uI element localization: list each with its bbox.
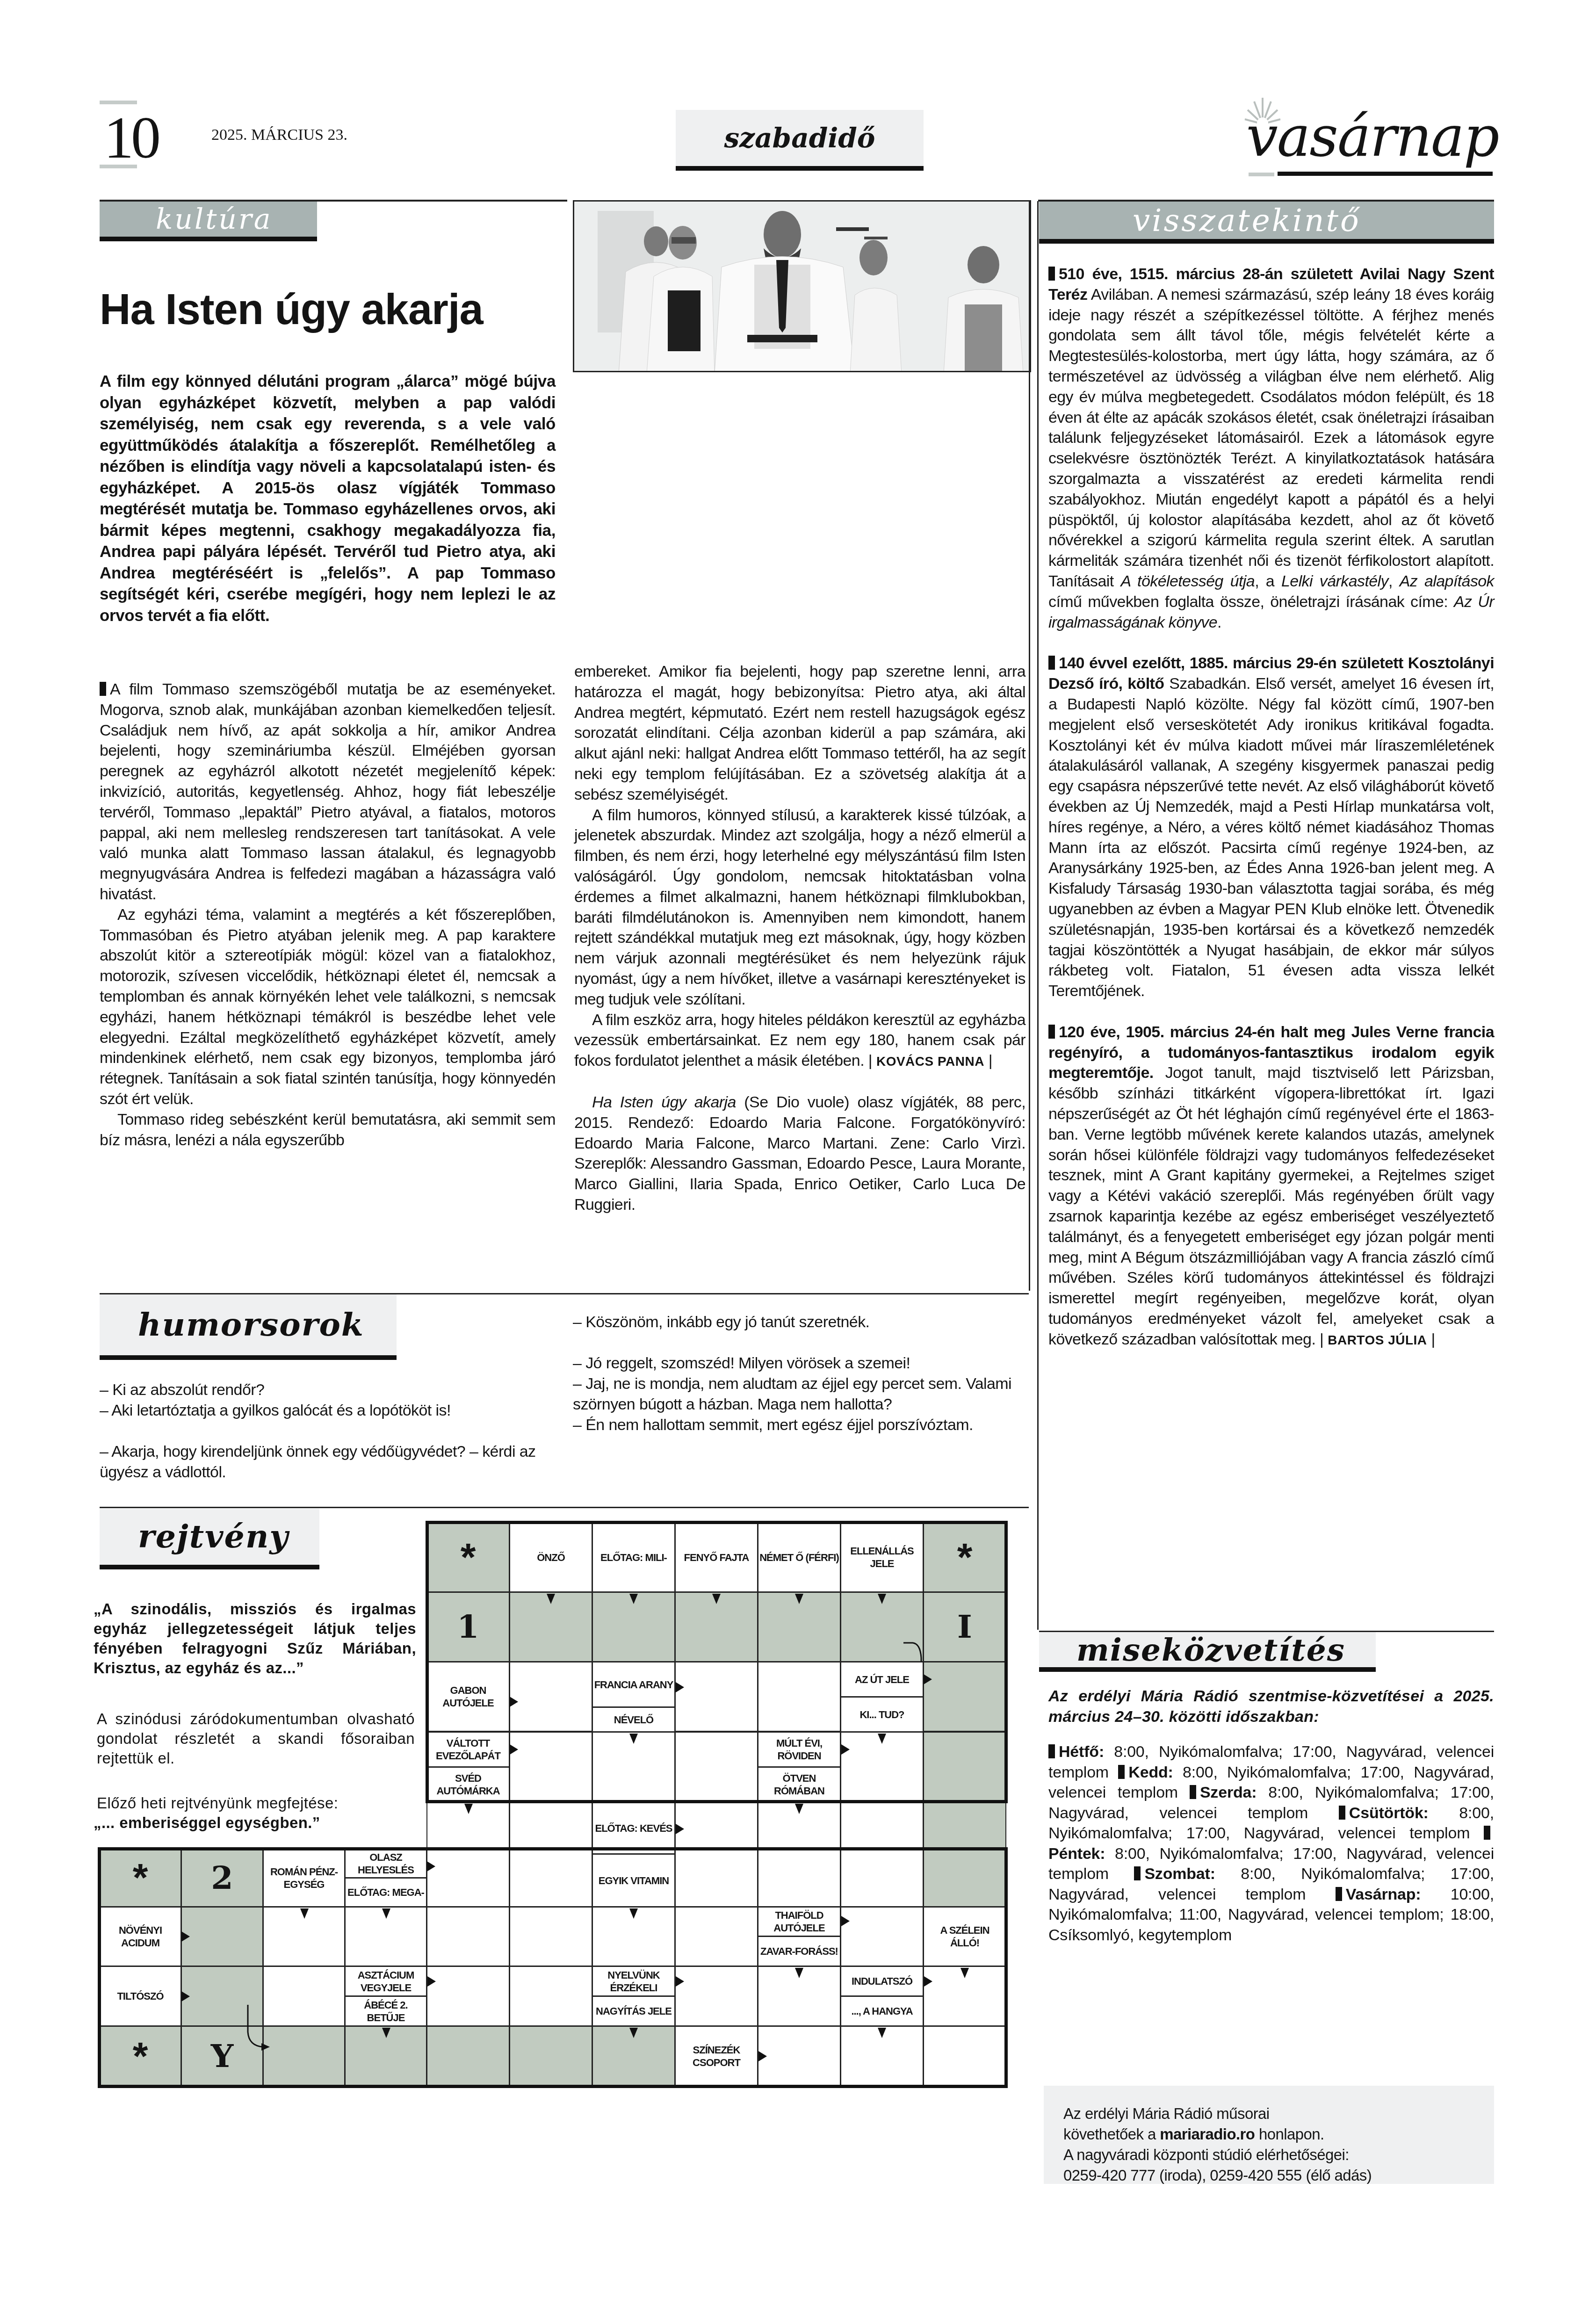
bullet-square-icon xyxy=(1048,1025,1055,1039)
phone-numbers: 0259-420 777 (iroda), 0259-420 555 (élő … xyxy=(1063,2165,1494,2186)
mass-schedule: Hétfő: 8:00, Nyikómalomfalva; 17:00, Nag… xyxy=(1048,1742,1494,1945)
bullet-square-icon xyxy=(1339,1806,1345,1820)
crossword-cell[interactable] xyxy=(509,1732,592,1802)
page-number-rule-top xyxy=(100,101,137,104)
section-head-visszatekinto: visszatekintő xyxy=(1039,202,1494,244)
crossword-cell[interactable] xyxy=(923,1802,1006,1907)
arrow-down-icon xyxy=(629,1594,638,1604)
section-label: visszatekintő xyxy=(1133,202,1361,239)
arrow-down-icon xyxy=(629,1908,638,1919)
previous-solution: „... emberiséggel egységben.” xyxy=(94,1813,412,1833)
crossword-cell[interactable] xyxy=(840,1907,924,1966)
section-tab-szabadido[interactable]: szabadidő xyxy=(676,110,924,171)
film-still-photo xyxy=(573,200,1031,372)
arrow-down-icon xyxy=(547,1594,555,1604)
article-lead: A film egy könnyed délutáni program „ála… xyxy=(100,371,556,626)
crossword-cell[interactable] xyxy=(426,1802,510,1907)
bullet-square-icon xyxy=(1048,656,1055,670)
article-body-col1: A film Tommaso szemszögéből mutatja be a… xyxy=(100,679,556,1150)
crossword-clue: NAGYÍTÁS JELE xyxy=(592,1996,675,2026)
article-title: Ha Isten úgy akarja xyxy=(100,285,483,334)
crossword-cell[interactable] xyxy=(509,1966,592,2026)
issue-date: 2025. MÁRCIUS 23. xyxy=(211,126,347,144)
anniversary-verne: 120 éve, 1905. március 24-én halt meg Ju… xyxy=(1048,1022,1494,1351)
crossword-clue: GABON AUTÓJELE xyxy=(426,1662,510,1732)
logo-text: vasárnap xyxy=(1246,109,1498,165)
mass-schedule-intro: Az erdélyi Mária Rádió szentmise-közvetí… xyxy=(1048,1686,1494,1727)
arrow-right-icon xyxy=(676,1824,684,1834)
bullet-square-icon xyxy=(1118,1765,1125,1779)
arrow-right-icon xyxy=(841,1744,850,1755)
crossword-cell[interactable] xyxy=(675,1732,758,1802)
arrow-right-icon xyxy=(924,1976,932,1987)
crossword-clue: ELŐTAG: MILI- xyxy=(592,1522,675,1592)
page-number: 10 xyxy=(104,108,158,167)
arrow-down-icon xyxy=(382,2028,390,2038)
crossword-cell[interactable] xyxy=(181,1907,263,1966)
crossword-cell[interactable]: * xyxy=(99,1849,181,1907)
crossword-cell[interactable] xyxy=(758,1662,841,1732)
arrow-right-icon xyxy=(181,1991,190,2002)
riddle-instructions: A szinódusi záródokumentumban olvasható … xyxy=(97,1709,415,1768)
paragraph: A film humoros, könnyed stílusú, a karak… xyxy=(574,805,1025,1010)
work-title: Az alapítások xyxy=(1400,572,1494,590)
work-title: Lelki várkastély xyxy=(1281,572,1388,590)
crossword-cell[interactable] xyxy=(509,1802,592,1907)
info-text: honlapon. xyxy=(1255,2125,1324,2143)
radio-info-box: Az erdélyi Mária Rádió műsorai követhető… xyxy=(1044,2086,1494,2184)
crossword-clue: AZ ÚT JELE xyxy=(840,1662,924,1697)
crossword-cell[interactable] xyxy=(923,2026,1006,2087)
bullet-square-icon xyxy=(1484,1826,1490,1840)
bullet-square-icon xyxy=(1048,267,1055,281)
crossword-clue: ASZTÁCIUM VEGYJELE xyxy=(345,1966,427,1996)
crossword-cell[interactable]: 1 xyxy=(426,1592,510,1662)
section-label: rejtvény xyxy=(138,1518,289,1555)
crossword-clue: KI... TUD? xyxy=(840,1697,924,1732)
paragraph: A film Tommaso szemszögéből mutatja be a… xyxy=(100,680,556,903)
arrow-right-icon xyxy=(676,1682,684,1692)
arrow-down-icon xyxy=(795,1594,803,1604)
arrow-down-icon xyxy=(382,1908,390,1919)
crossword-clue: EGYIK VITAMIN xyxy=(592,1854,675,1907)
item-text: Jogot tanult, majd tisztviselő lett Pári… xyxy=(1048,1064,1494,1348)
humor-left-column: – Ki az abszolút rendőr? – Aki letartózt… xyxy=(100,1380,567,1482)
column-divider xyxy=(1037,201,1039,1630)
arrow-right-icon xyxy=(510,1744,518,1755)
info-line: A nagyváradi központi stúdió elérhetőség… xyxy=(1063,2145,1494,2165)
day-label: Szombat: xyxy=(1144,1865,1215,1883)
photo-image xyxy=(574,202,1031,372)
arrow-right-icon xyxy=(841,1916,850,1926)
crossword-cell[interactable] xyxy=(426,1966,510,2026)
arrow-down-icon xyxy=(629,2028,638,2038)
crossword-clue: NÉVELŐ xyxy=(592,1707,675,1732)
crossword-clue: THAIFÖLD AUTÓJELE xyxy=(758,1907,841,1937)
arrow-right-icon xyxy=(427,1861,435,1872)
joke-line: – Ki az abszolút rendőr? xyxy=(100,1380,567,1400)
crossword-cell[interactable] xyxy=(675,1802,758,1907)
joke-line: – Jó reggelt, szomszéd! Milyen vörösek a… xyxy=(573,1353,1029,1373)
crossword-cell[interactable] xyxy=(923,1732,1006,1802)
arrow-right-icon xyxy=(758,2051,767,2061)
crossword-clue: FENYŐ FAJTA xyxy=(675,1522,758,1592)
joke-line: – Jaj, ne is mondja, nem aludtam az éjje… xyxy=(573,1373,1029,1415)
logo-rule xyxy=(1278,172,1493,176)
arrow-down-icon xyxy=(878,2028,886,2038)
crossword-cell[interactable]: * xyxy=(426,1522,510,1592)
arrow-down-icon xyxy=(464,1804,473,1814)
anniversary-kosztolanyi: 140 évvel ezelőtt, 1885. március 29-én s… xyxy=(1048,653,1494,1002)
previous-solution-label: Előző heti rejtvényünk megfejtése: xyxy=(97,1793,415,1813)
day-label: Vasárnap: xyxy=(1346,1886,1421,1903)
bullet-square-icon xyxy=(1190,1785,1196,1799)
crossword-cell[interactable] xyxy=(758,1802,841,1907)
info-text: követhetőek a xyxy=(1063,2125,1160,2143)
day-label: Kedd: xyxy=(1128,1763,1173,1781)
crossword-clue: OLASZ HELYESLÉS xyxy=(345,1849,427,1878)
crossword-cell[interactable]: * xyxy=(99,2026,181,2087)
item-text: Avilában. A nemesi származású, szép leán… xyxy=(1048,286,1494,590)
section-head-humorsorok: humorsorok xyxy=(100,1294,397,1360)
joke-line: – Én nem hallottam semmit, mert egész éj… xyxy=(573,1415,1029,1435)
crossword-cell[interactable] xyxy=(426,2026,510,2087)
arrow-down-icon xyxy=(878,1594,886,1604)
arrow-right-icon xyxy=(181,1931,190,1942)
bullet-square-icon xyxy=(1048,1744,1055,1758)
credits-film-title: Ha Isten úgy akarja xyxy=(592,1093,736,1111)
crossword-clue: SVÉD AUTÓMÁRKA xyxy=(426,1767,510,1802)
crossword-cell[interactable] xyxy=(840,1802,924,1907)
day-label: Szerda: xyxy=(1200,1784,1257,1801)
masthead-logo[interactable]: vasárnap xyxy=(1244,96,1496,175)
crossword-cell[interactable] xyxy=(675,1966,758,2026)
crossword-cell[interactable]: * xyxy=(923,1522,1006,1592)
crossword-cell[interactable] xyxy=(263,1966,345,2026)
website-link[interactable]: mariaradio.ro xyxy=(1160,2125,1255,2143)
crossword-cell[interactable] xyxy=(675,1662,758,1732)
crossword-cell[interactable]: I xyxy=(923,1592,1006,1662)
film-credits: (Se Dio vuole) olasz vígjáték, 88 perc, … xyxy=(574,1093,1025,1214)
joke-line: – Aki letartóztatja a gyilkos galócát és… xyxy=(100,1400,567,1421)
author-byline: KOVÁCS PANNA xyxy=(876,1054,984,1069)
article-body-col2: embereket. Amikor fia bejelenti, hogy pa… xyxy=(574,662,1025,1215)
column-divider xyxy=(1029,201,1030,1291)
item-text: Szabadkán. Első versét, amelyet 16 évese… xyxy=(1048,675,1494,1000)
joke-line: – Köszönöm, inkább egy jó tanút szeretné… xyxy=(573,1312,1029,1332)
crossword-clue: NÉMET Ő (FÉRFI) xyxy=(758,1522,841,1592)
crossword-cell[interactable] xyxy=(426,1907,510,1966)
riddle-quote: „A szinodális, missziós és irgalmas egyh… xyxy=(94,1599,416,1678)
anniversary-teresa: 510 éve, 1515. március 28-án született A… xyxy=(1048,264,1494,633)
paragraph: Tommaso rideg sebészként kerül bemutatás… xyxy=(100,1110,556,1151)
bullet-square-icon xyxy=(100,682,106,696)
arrow-right-icon xyxy=(676,1976,684,1987)
crossword-clue: INDULATSZÓ xyxy=(840,1966,924,1996)
paragraph: embereket. Amikor fia bejelenti, hogy pa… xyxy=(574,662,1025,805)
work-title: A tökéletesség útja xyxy=(1120,572,1255,590)
day-label: Hétfő: xyxy=(1059,1743,1104,1761)
section-head-misekozvetites: miseközvetítés xyxy=(1039,1632,1376,1672)
crossword-cell[interactable] xyxy=(758,2026,841,2087)
item-text: című művekben foglalta össze, önéletrajz… xyxy=(1048,593,1454,611)
section-head-rejtveny: rejtvény xyxy=(100,1509,319,1569)
arrow-down-icon xyxy=(629,1734,638,1744)
day-label: Csütörtök: xyxy=(1349,1804,1429,1822)
section-title: szabadidő xyxy=(724,122,875,154)
arrow-down-icon xyxy=(712,1594,721,1604)
section-label: kultúra xyxy=(156,203,272,236)
crossword-clue: ELLENÁLLÁS JELE xyxy=(840,1522,924,1592)
paragraph: Az egyházi téma, valamint a megtérés a k… xyxy=(100,905,556,1110)
arrow-down-icon xyxy=(878,1734,886,1744)
crossword-clue: ROMÁN PÉNZ-EGYSÉG xyxy=(263,1849,345,1907)
crossword-clue: SZÍNEZÉK CSOPORT xyxy=(675,2026,758,2087)
crossword-cell[interactable] xyxy=(263,2026,345,2087)
crossword-clue: ÖNZŐ xyxy=(509,1522,592,1592)
section-label: humorsorok xyxy=(138,1306,364,1344)
rule xyxy=(100,1507,1029,1508)
page-number-rule-bottom xyxy=(100,165,137,168)
bullet-square-icon xyxy=(1134,1866,1141,1880)
arrow-down-icon xyxy=(795,1804,803,1814)
crossword-cell[interactable] xyxy=(509,1907,592,1966)
arrow-right-icon xyxy=(924,1674,932,1684)
visszatekinto-body: 510 éve, 1515. március 28-án született A… xyxy=(1048,264,1494,1351)
section-label: miseközvetítés xyxy=(1076,1632,1345,1668)
humor-right-column: – Köszönöm, inkább egy jó tanút szeretné… xyxy=(573,1312,1029,1435)
crossword-clue: MÚLT ÉVI, RÖVIDEN xyxy=(758,1732,841,1767)
day-label: Péntek: xyxy=(1048,1845,1105,1863)
crossword-clue: A SZÉLEIN ÁLLÓ! xyxy=(923,1907,1006,1966)
info-line: Az erdélyi Mária Rádió műsorai xyxy=(1063,2103,1494,2124)
joke-line: – Akarja, hogy kirendeljünk önnek egy vé… xyxy=(100,1441,567,1482)
logo-rule-gray xyxy=(1249,173,1274,176)
arrow-right-icon xyxy=(427,1976,436,1987)
crossword-cell[interactable] xyxy=(675,1907,758,1966)
curved-arrow-icon xyxy=(246,2004,274,2055)
crossword-clue: NÖVÉNYI ACIDUM xyxy=(99,1907,181,1966)
crossword-clue: ELŐTAG: MEGA- xyxy=(345,1878,427,1907)
arrow-down-icon xyxy=(795,1968,803,1978)
bullet-square-icon xyxy=(1336,1887,1342,1901)
crossword-clue: TILTÓSZÓ xyxy=(99,1966,181,2026)
crossword-clue: ÁBÉCÉ 2. BETŰJE xyxy=(345,1996,427,2026)
section-head-kultura: kultúra xyxy=(100,202,317,241)
crossword-clue: FRANCIA ARANY xyxy=(592,1662,675,1707)
crossword-clue: ..., A HANGYA xyxy=(840,1996,924,2026)
info-line: követhetőek a mariaradio.ro honlapon. xyxy=(1063,2124,1494,2145)
crossword-clue: ZAVAR-FORÁSS! xyxy=(758,1936,841,1966)
crossword-clue: ÖTVEN RÓMÁBAN xyxy=(758,1767,841,1802)
author-byline: BARTOS JÚLIA xyxy=(1328,1333,1427,1347)
crossword-clue: ELŐTAG: KEVÉS xyxy=(592,1802,675,1854)
arrow-down-icon xyxy=(300,1908,309,1919)
crossword-cell[interactable] xyxy=(509,2026,592,2087)
crossword-clue: VÁLTOTT EVEZŐLAPÁT xyxy=(426,1732,510,1767)
crossword-clue: NYELVÜNK ÉRZÉKELI xyxy=(592,1966,675,1996)
crossword-cell[interactable] xyxy=(509,1662,592,1732)
arrow-right-icon xyxy=(510,1697,518,1707)
crossword-cell[interactable] xyxy=(923,1662,1006,1732)
crossword-cell[interactable]: 2 xyxy=(181,1849,263,1907)
arrow-down-icon xyxy=(960,1968,969,1978)
